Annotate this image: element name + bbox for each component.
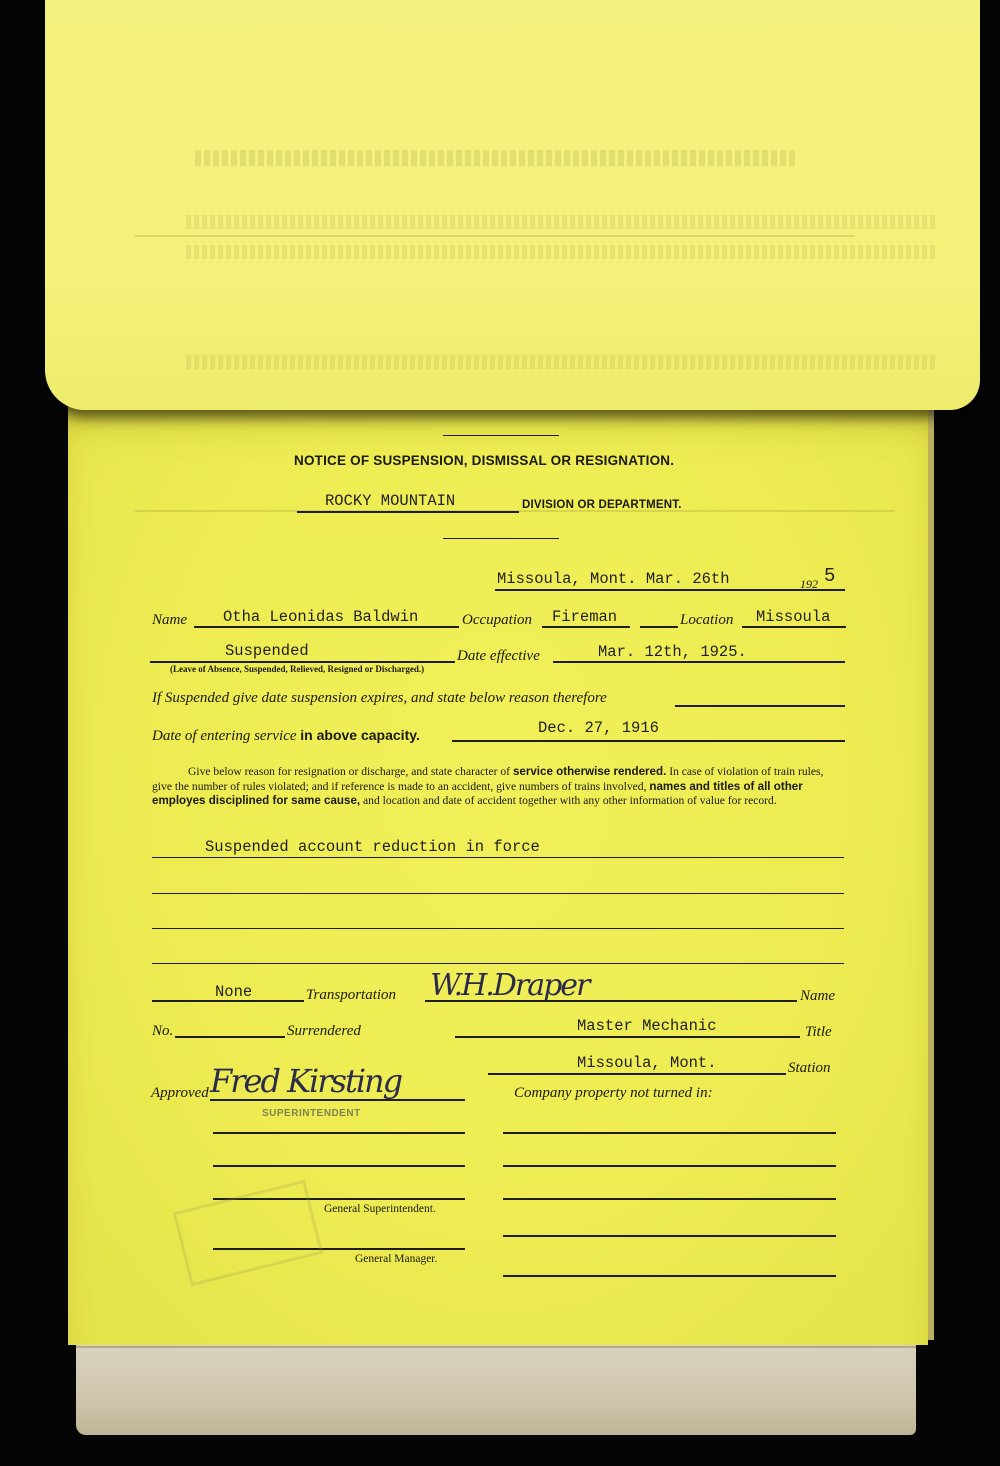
instructions-paragraph: Give below reason for resignation or dis… — [152, 765, 842, 809]
curled-page — [45, 0, 980, 410]
signer-station-label: Station — [788, 1060, 831, 1077]
approved-label: Approved — [151, 1085, 209, 1102]
name-value[interactable]: Otha Leonidas Baldwin — [223, 608, 418, 626]
division-value[interactable]: ROCKY MOUNTAIN — [325, 492, 455, 510]
signer-name-line — [425, 1000, 797, 1002]
status-value[interactable]: Suspended — [225, 642, 309, 660]
occupation-line — [542, 626, 630, 628]
location-pre-line — [640, 626, 678, 628]
superintendent-stamp: SUPERINTENDENT — [262, 1108, 361, 1119]
company-property-label: Company property not turned in: — [514, 1085, 713, 1102]
entering-service-value[interactable]: Dec. 27, 1916 — [538, 719, 659, 737]
division-line — [297, 511, 519, 513]
location-value[interactable]: Missoula — [756, 608, 830, 626]
entering-service-label: Date of entering service in above capaci… — [152, 727, 420, 745]
location-line — [742, 626, 846, 628]
entering-service-line — [452, 740, 845, 742]
surrendered-label: Surrendered — [287, 1023, 361, 1040]
name-line — [194, 626, 459, 628]
date-effective-value[interactable]: Mar. 12th, 1925. — [598, 643, 747, 661]
date-effective-line — [553, 661, 845, 663]
approver-signature: Fred Kirsting — [210, 1062, 401, 1100]
place-date-line — [495, 589, 845, 591]
suspension-expiry-line — [675, 705, 845, 707]
approval-line-2 — [213, 1165, 465, 1167]
signer-title-line — [455, 1036, 800, 1038]
occupation-label: Occupation — [462, 612, 532, 629]
transportation-value[interactable]: None — [215, 983, 252, 1001]
transportation-label: Transportation — [306, 987, 396, 1004]
signer-name-label: Name — [800, 988, 835, 1005]
division-label: DIVISION OR DEPARTMENT. — [522, 499, 682, 511]
signer-title-value[interactable]: Master Mechanic — [577, 1017, 717, 1035]
approval-line-1 — [213, 1132, 465, 1134]
reason-line-1 — [152, 857, 844, 858]
status-line — [150, 661, 455, 663]
signer-station-value[interactable]: Missoula, Mont. — [577, 1054, 717, 1072]
signer-signature: W.H.Draper — [430, 968, 588, 1003]
suspension-expiry-label: If Suspended give date suspension expire… — [152, 690, 607, 707]
form-page — [68, 405, 928, 1345]
transportation-line — [152, 1000, 304, 1002]
approved-line — [210, 1099, 465, 1101]
form-title: NOTICE OF SUSPENSION, DISMISSAL OR RESIG… — [294, 453, 674, 468]
status-hint: (Leave of Absence, Suspended, Relieved, … — [170, 664, 424, 674]
occupation-value[interactable]: Fireman — [552, 608, 617, 626]
name-label: Name — [152, 612, 187, 629]
year-suffix[interactable]: 5 — [824, 565, 835, 587]
property-line-4 — [503, 1235, 836, 1237]
reason-line-2 — [152, 893, 844, 894]
surrendered-no-line — [175, 1036, 285, 1038]
general-superintendent-label: General Superintendent. — [324, 1203, 436, 1215]
reason-value[interactable]: Suspended account reduction in force — [205, 838, 540, 856]
signer-title-label: Title — [805, 1024, 832, 1041]
underlying-pages — [76, 1340, 916, 1435]
property-line-1 — [503, 1132, 836, 1134]
top-divider — [443, 435, 559, 436]
year-prefix: 192 — [800, 577, 818, 592]
reason-line-4 — [152, 963, 844, 964]
place-date-value[interactable]: Missoula, Mont. Mar. 26th — [497, 570, 730, 588]
general-manager-label: General Manager. — [355, 1253, 437, 1265]
property-line-5 — [503, 1275, 836, 1277]
signer-station-line — [488, 1073, 786, 1075]
property-line-3 — [503, 1198, 836, 1200]
location-label: Location — [680, 612, 733, 629]
date-effective-label: Date effective — [457, 648, 540, 665]
surrendered-no-label: No. — [152, 1023, 173, 1040]
property-line-2 — [503, 1165, 836, 1167]
page-edge — [928, 405, 934, 1340]
mid-divider — [443, 538, 559, 539]
reason-line-3 — [152, 928, 844, 929]
